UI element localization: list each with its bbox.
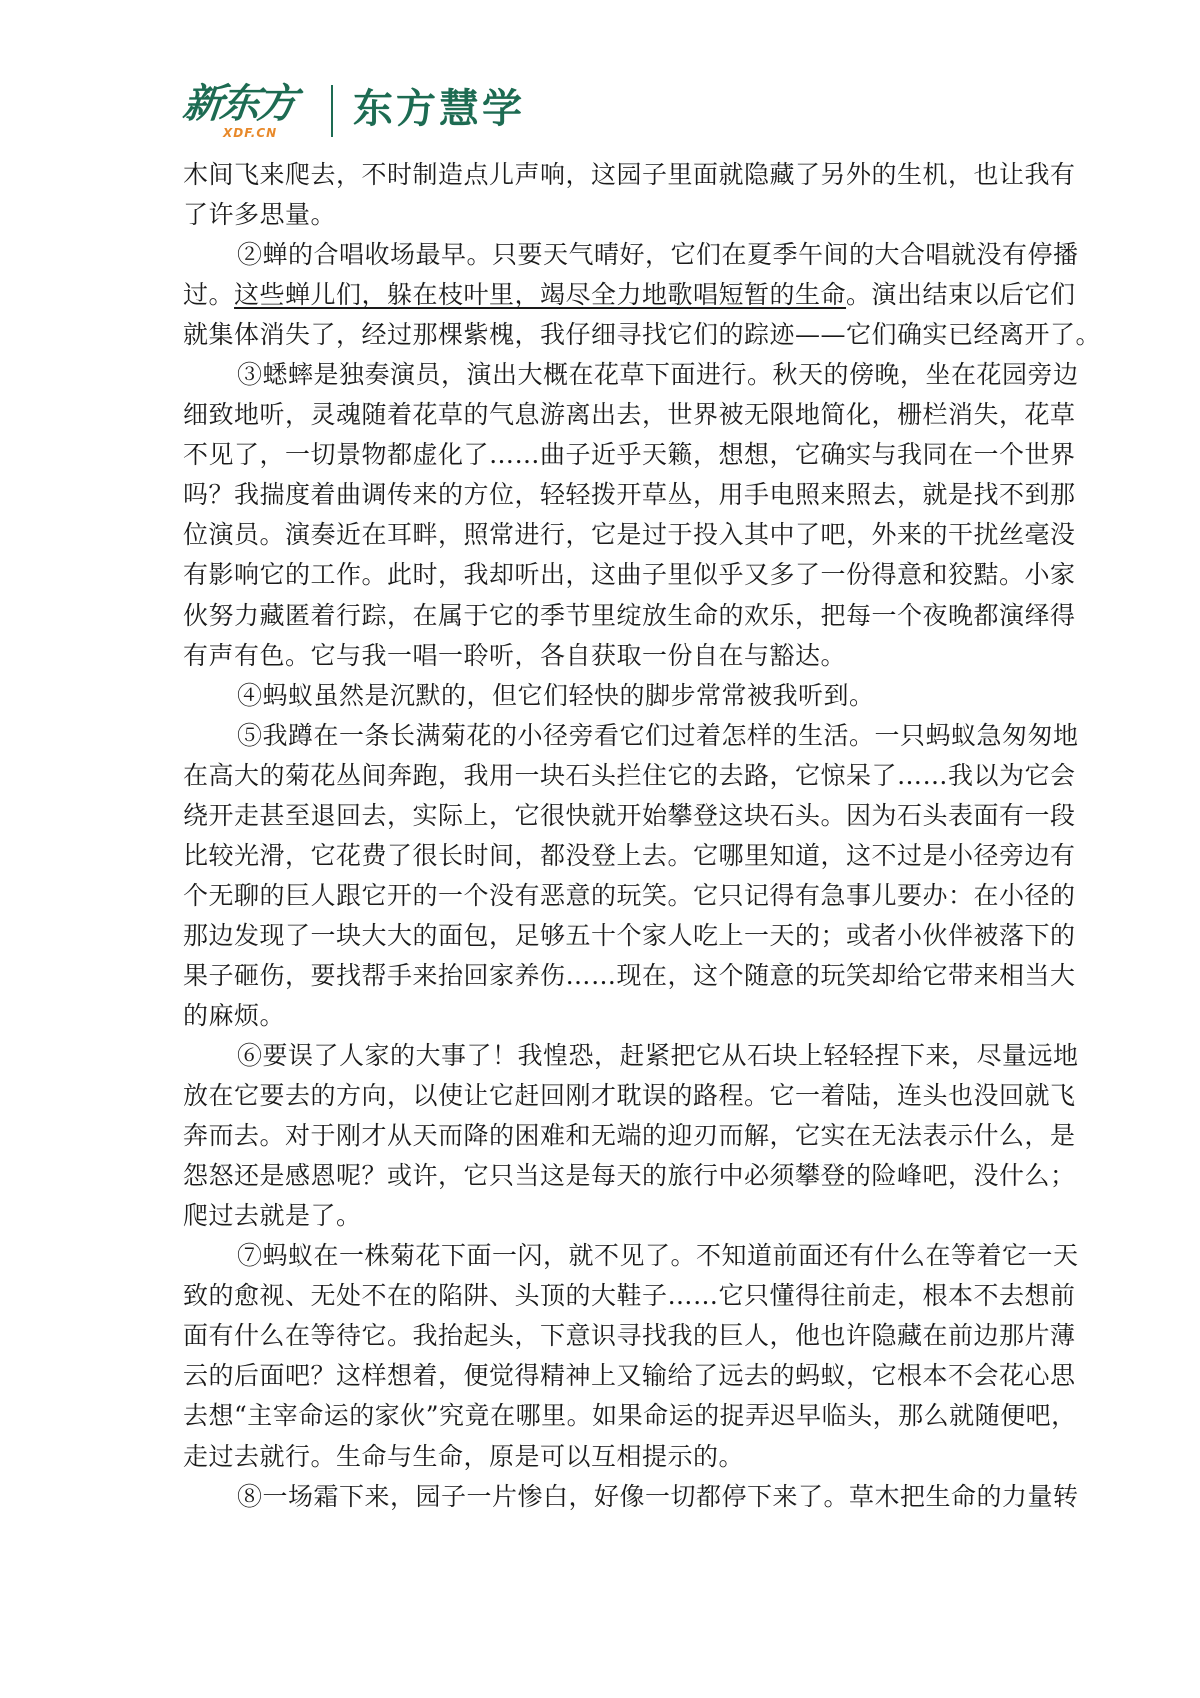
text-line: 云的后面吧？这样想着，便觉得精神上又输给了远去的蚂蚁，它根本不会花心思 [183,1356,1029,1396]
text-line: 去想“主宰命运的家伙”究竟在哪里。如果命运的捉弄迟早临头，那么就随便吧， [183,1396,1029,1436]
text-line: 木间飞来爬去，不时制造点儿声响，这园子里面就隐藏了另外的生机，也让我有 [183,155,1029,195]
text-line: 爬过去就是了。 [183,1196,1029,1236]
paragraph-5-start: ⑤我蹲在一条长满菊花的小径旁看它们过着怎样的生活。一只蚂蚁急匆匆地 [183,716,1029,756]
text-line: 了许多思量。 [183,195,1029,235]
text-line: 伙努力藏匿着行踪，在属于它的季节里绽放生命的欢乐，把每一个夜晚都演绎得 [183,596,1029,636]
underlined-sentence: 这些蝉儿们，躲在枝叶里，竭尽全力地歌唱短暂的生命 [234,280,846,309]
brand-logo: 新东方 XDF.CN [183,82,308,126]
paragraph-6-start: ⑥要误了人家的大事了！我惶恐，赶紧把它从石块上轻轻捏下来，尽量远地 [183,1036,1029,1076]
document-body: 木间飞来爬去，不时制造点儿声响，这园子里面就隐藏了另外的生机，也让我有 了许多思… [183,155,1029,1517]
text-line: 面有什么在等待它。我抬起头，下意识寻找我的巨人，他也许隐藏在前边那片薄 [183,1316,1029,1356]
paragraph-8-start: ⑧一场霜下来，园子一片惨白，好像一切都停下来了。草木把生命的力量转 [183,1477,1029,1517]
header-logo: 新东方 XDF.CN 东方慧学 [183,82,563,142]
logo-divider [331,85,333,137]
text-line: 就集体消失了，经过那棵紫槐，我仔细寻找它们的踪迹——它们确实已经离开了。 [183,315,1029,355]
text-line: 比较光滑，它花费了很长时间，都没登上去。它哪里知道，这不过是小径旁边有 [183,836,1029,876]
text-line: 奔而去。对于刚才从天而降的困难和无端的迎刃而解，它实在无法表示什么，是 [183,1116,1029,1156]
text-line: 有影响它的工作。此时，我却听出，这曲子里似乎又多了一份得意和狡黠。小家 [183,555,1029,595]
text-segment: 。演出结束以后它们 [846,280,1076,309]
product-name: 东方慧学 [353,86,525,132]
text-line: 个无聊的巨人跟它开的一个没有恶意的玩笑。它只记得有急事儿要办：在小径的 [183,876,1029,916]
text-line: 有声有色。它与我一唱一聆听，各自获取一份自在与豁达。 [183,636,1029,676]
text-line: 绕开走甚至退回去，实际上，它很快就开始攀登这块石头。因为石头表面有一段 [183,796,1029,836]
text-segment: 过。 [183,280,234,309]
text-line: 细致地听，灵魂随着花草的气息游离出去，世界被无限地简化，栅栏消失，花草 [183,395,1029,435]
text-line: 走过去就行。生命与生命，原是可以互相提示的。 [183,1437,1029,1477]
text-line: 果子砸伤，要找帮手来抬回家养伤……现在，这个随意的玩笑却给它带来相当大 [183,956,1029,996]
paragraph-4: ④蚂蚁虽然是沉默的，但它们轻快的脚步常常被我听到。 [183,676,1029,716]
text-line: 致的愈视、无处不在的陷阱、头顶的大鞋子……它只懂得往前走，根本不去想前 [183,1276,1029,1316]
text-line: 怨怒还是感恩呢？或许，它只当这是每天的旅行中必须攀登的险峰吧，没什么； [183,1156,1029,1196]
paragraph-2-start: ②蝉的合唱收场最早。只要天气晴好，它们在夏季午间的大合唱就没有停播 [183,235,1029,275]
brand-domain: XDF.CN [223,126,277,140]
text-line: 位演员。演奏近在耳畔，照常进行，它是过于投入其中了吧，外来的干扰丝毫没 [183,515,1029,555]
text-line: 不见了，一切景物都虚化了……曲子近乎天籁，想想，它确实与我同在一个世界 [183,435,1029,475]
text-line: 过。这些蝉儿们，躲在枝叶里，竭尽全力地歌唱短暂的生命。演出结束以后它们 [183,275,1029,315]
brand-name-cn: 新东方 [181,82,311,126]
text-line: 那边发现了一块大大的面包，足够五十个家人吃上一天的；或者小伙伴被落下的 [183,916,1029,956]
text-line: 放在它要去的方向，以使让它赶回刚才耽误的路程。它一着陆，连头也没回就飞 [183,1076,1029,1116]
paragraph-7-start: ⑦蚂蚁在一株菊花下面一闪，就不见了。不知道前面还有什么在等着它一天 [183,1236,1029,1276]
text-line: 在高大的菊花丛间奔跑，我用一块石头拦住它的去路，它惊呆了……我以为它会 [183,756,1029,796]
text-line: 吗？我揣度着曲调传来的方位，轻轻拨开草丛，用手电照来照去，就是找不到那 [183,475,1029,515]
text-line: 的麻烦。 [183,996,1029,1036]
paragraph-3-start: ③蟋蟀是独奏演员，演出大概在花草下面进行。秋天的傍晚，坐在花园旁边 [183,355,1029,395]
